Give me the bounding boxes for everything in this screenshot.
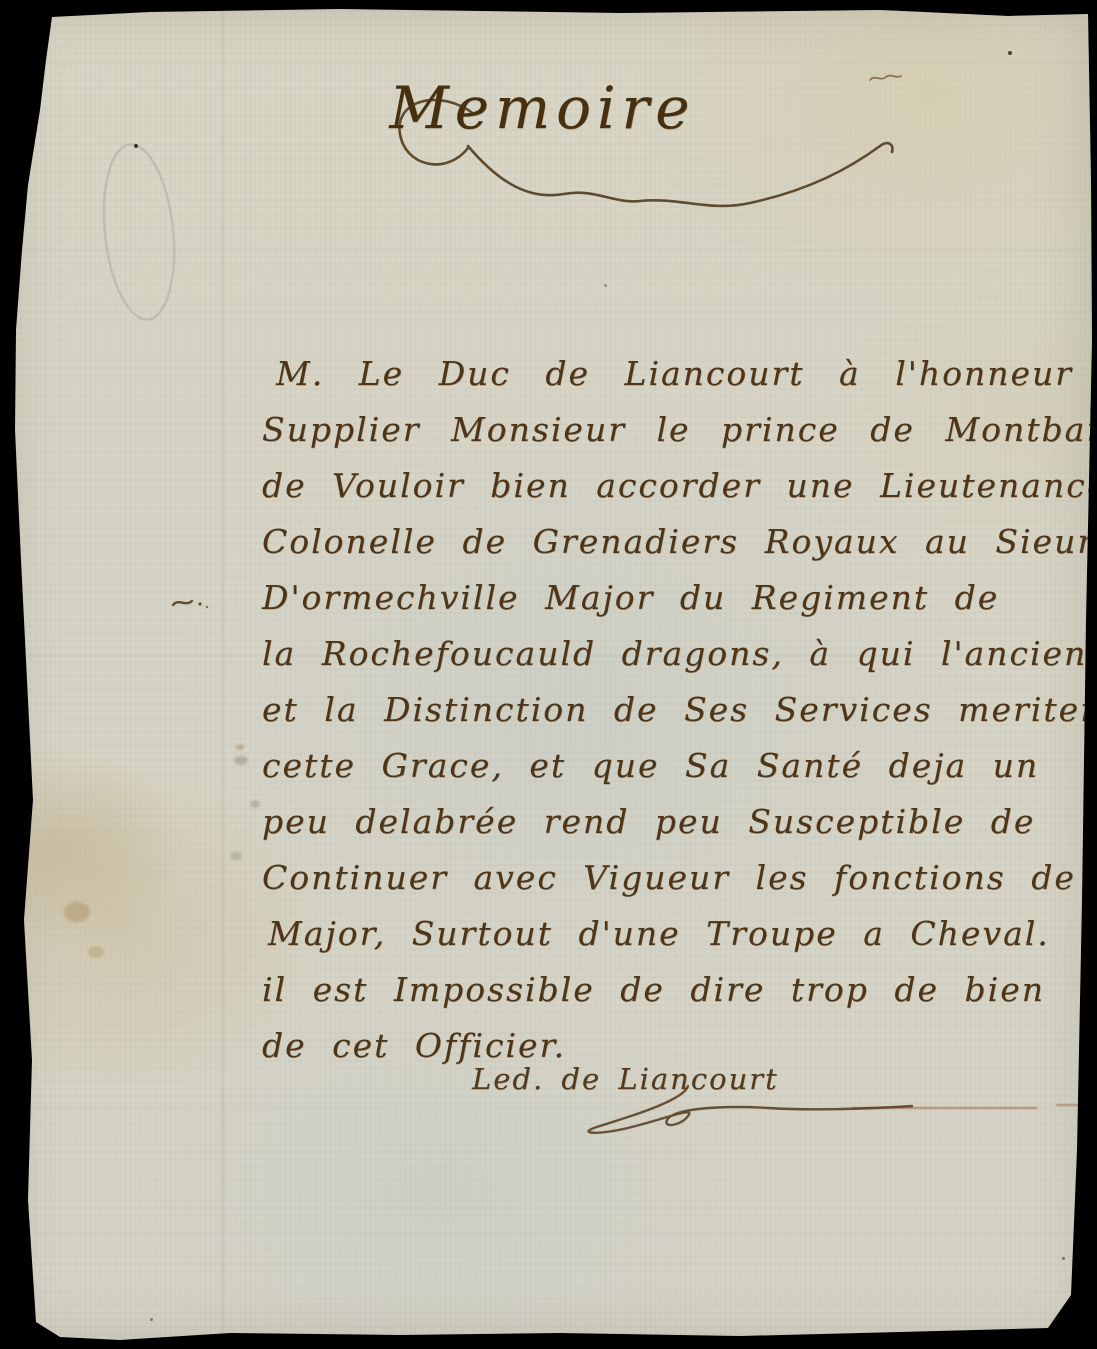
paper-sheet: Memoire M. Le Duc de Liancourt à l'honne…: [0, 0, 1097, 1349]
fold-crease-vertical: [222, 10, 224, 1335]
manuscript-body: M. Le Duc de Liancourt à l'honneur de Su…: [262, 346, 1062, 1074]
manuscript-line: la Rochefoucauld dragons, à qui l'ancien…: [262, 626, 1062, 682]
stain: [64, 902, 90, 922]
manuscript-line: et la Distinction de Ses Services merite…: [262, 682, 1062, 738]
margin-ink-mark: [170, 592, 214, 614]
manuscript-line: cette Grace, et que Sa Santé deja un: [262, 738, 1062, 794]
manuscript-line: peu delabrée rend peu Susceptible de: [262, 794, 1062, 850]
ink-speck: [150, 1318, 153, 1321]
stain: [236, 744, 244, 750]
rust-fold-mark: [1056, 1104, 1090, 1106]
manuscript-line: Colonelle de Grenadiers Royaux au Sieur: [262, 514, 1062, 570]
ink-speck: [1008, 51, 1012, 55]
title-flourish-swash: [378, 88, 938, 238]
ink-speck: [1062, 1257, 1065, 1260]
manuscript-line: D'ormechville Major du Regiment de: [262, 570, 1062, 626]
manuscript-line: de Vouloir bien accorder une Lieutenance: [262, 458, 1062, 514]
watermark-oval: [92, 135, 187, 330]
fold-crease-horizontal: [16, 62, 1089, 65]
manuscript-line: Continuer avec Vigueur les fonctions de: [262, 850, 1062, 906]
show-through-smudge: [234, 756, 248, 765]
manuscript-line: M. Le Duc de Liancourt à l'honneur de: [276, 346, 1062, 402]
show-through-smudge: [250, 800, 260, 808]
signature-paraph: [566, 1084, 936, 1146]
ink-speck: [604, 284, 607, 287]
fold-crease-horizontal: [16, 1232, 1089, 1235]
stain: [88, 946, 104, 958]
manuscript-line: Major, Surtout d'une Troupe a Cheval.: [268, 906, 1062, 962]
manuscript-line: Supplier Monsieur le prince de Montbarre…: [262, 402, 1062, 458]
manuscript-line: il est Impossible de dire trop de bien: [262, 962, 1062, 1018]
ink-squiggle-mark: [868, 70, 904, 86]
show-through-smudge: [230, 852, 242, 860]
scan-backdrop: Memoire M. Le Duc de Liancourt à l'honne…: [0, 0, 1097, 1349]
ink-speck: [134, 144, 138, 148]
